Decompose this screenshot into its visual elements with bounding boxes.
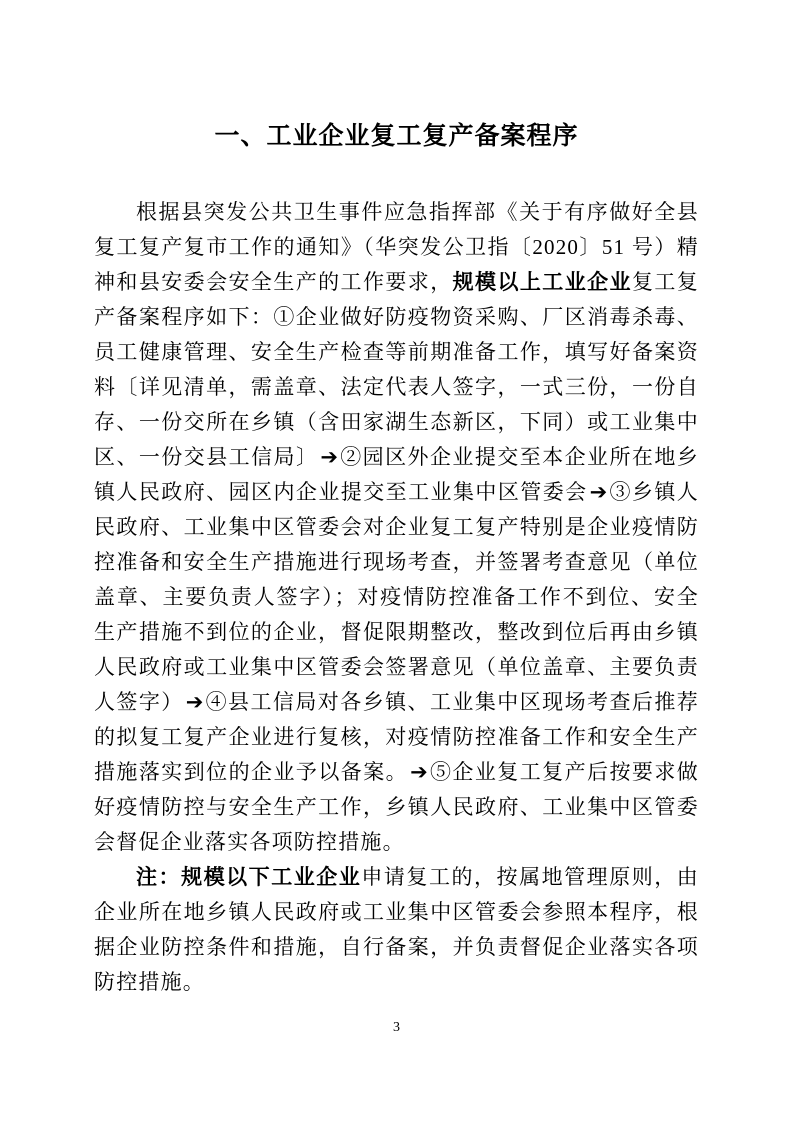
document-title: 一、工业企业复工复产备案程序 xyxy=(0,0,793,153)
text-run: 规模以上工业企业 xyxy=(453,270,632,294)
document-body: 根据县突发公共卫生事件应急指挥部《关于有序做好全县复工复产复市工作的通知》（华突… xyxy=(94,153,699,1000)
note-paragraph: 注：规模以下工业企业申请复工的，按属地管理原则，由企业所在地乡镇人民政府或工业集… xyxy=(94,860,699,1000)
flow-arrow-icon: ➔ xyxy=(588,480,610,504)
page-number: 3 xyxy=(0,1020,793,1036)
document-page: 一、工业企业复工复产备案程序 根据县突发公共卫生事件应急指挥部《关于有序做好全县… xyxy=(0,0,793,1122)
flow-arrow-icon: ➔ xyxy=(408,760,430,784)
text-run: 注：规模以下工业企业 xyxy=(136,865,361,889)
text-run: 复工复产备案程序如下：①企业做好防疫物资采购、厂区消毒杀毒、员工健康管理、安全生… xyxy=(94,270,699,469)
flow-arrow-icon: ➔ xyxy=(184,690,206,714)
procedure-paragraph: 根据县突发公共卫生事件应急指挥部《关于有序做好全县复工复产复市工作的通知》（华突… xyxy=(94,195,699,860)
text-run: ③乡镇人民政府、工业集中区管委会对企业复工复产特别是企业疫情防控准备和安全生产措… xyxy=(94,480,699,714)
flow-arrow-icon: ➔ xyxy=(318,445,340,469)
